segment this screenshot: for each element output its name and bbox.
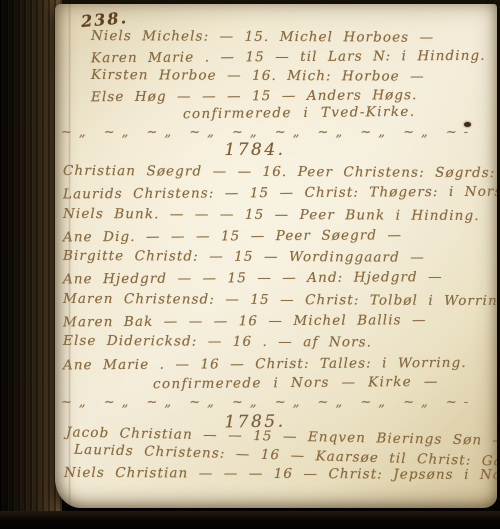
- entries-1785: Jacob Christian — — 15 — Enqven Bierings…: [64, 428, 497, 484]
- register-entry: Karen Marie . — 15 — til Lars N: i Hindi…: [91, 46, 486, 68]
- register-entry: Niels Christian — — — 16 — Christ: Jepsø…: [64, 464, 497, 485]
- book-edge-shadow: [0, 511, 500, 529]
- year-heading-1784: 1784.: [55, 140, 455, 160]
- ditto-marks-row: ~„ ~„ ~„ ~„ ~„ ~„ ~„ ~„ ~„ ~-: [61, 125, 493, 140]
- register-page: 238. Niels Michels: — 15. Michel Horboes…: [55, 4, 497, 508]
- register-entry: Birgitte Christd: — 15 — Wordinggaard —: [63, 246, 497, 270]
- register-entry: Ane Marie . — 16 — Christ: Talles: i Wor…: [63, 352, 497, 376]
- register-entry: Maren Bak — — — 16 — Michel Ballis —: [63, 310, 497, 334]
- entries-1783: Niels Michels: — 15. Michel Horboes — Ka…: [91, 28, 486, 106]
- book-binding: [0, 0, 62, 529]
- register-entry: Ane Hjedgrd — — 15 — — And: Hjedgrd —: [63, 267, 497, 291]
- register-entry: Niels Michels: — 15. Michel Horboes —: [91, 27, 486, 49]
- register-entry: Else Didericksd: — 16 . — af Nors.: [63, 331, 497, 355]
- register-entry: Ane Dig. — — — 15 — Peer Søegrd —: [63, 225, 497, 249]
- confirmation-note-tved: confirmerede i Tved-Kirke.: [183, 104, 416, 122]
- register-entry: Maren Christensd: — 15 — Christ: Tolbøl …: [63, 289, 497, 313]
- confirmation-note-nors: confirmerede i Nors — Kirke —: [153, 374, 439, 392]
- register-entry: Laurids Christens: — 15 — Christ: Thøger…: [63, 182, 497, 206]
- register-entry: Kirsten Horboe — 16. Mich: Horboe —: [91, 66, 486, 88]
- entries-1784: Christian Søegrd — — 16. Peer Christens:…: [63, 162, 497, 375]
- register-entry: Niels Bunk. — — — 15 — Peer Bunk i Hindi…: [63, 203, 497, 227]
- register-entry: Christian Søegrd — — 16. Peer Christens:…: [63, 161, 497, 185]
- manuscript-photo: 238. Niels Michels: — 15. Michel Horboes…: [0, 0, 500, 529]
- ink-blot: [464, 122, 471, 127]
- ditto-marks-row: ~„ ~„ ~„ ~„ ~„ ~„ ~„ ~„ ~„ ~-: [61, 395, 493, 410]
